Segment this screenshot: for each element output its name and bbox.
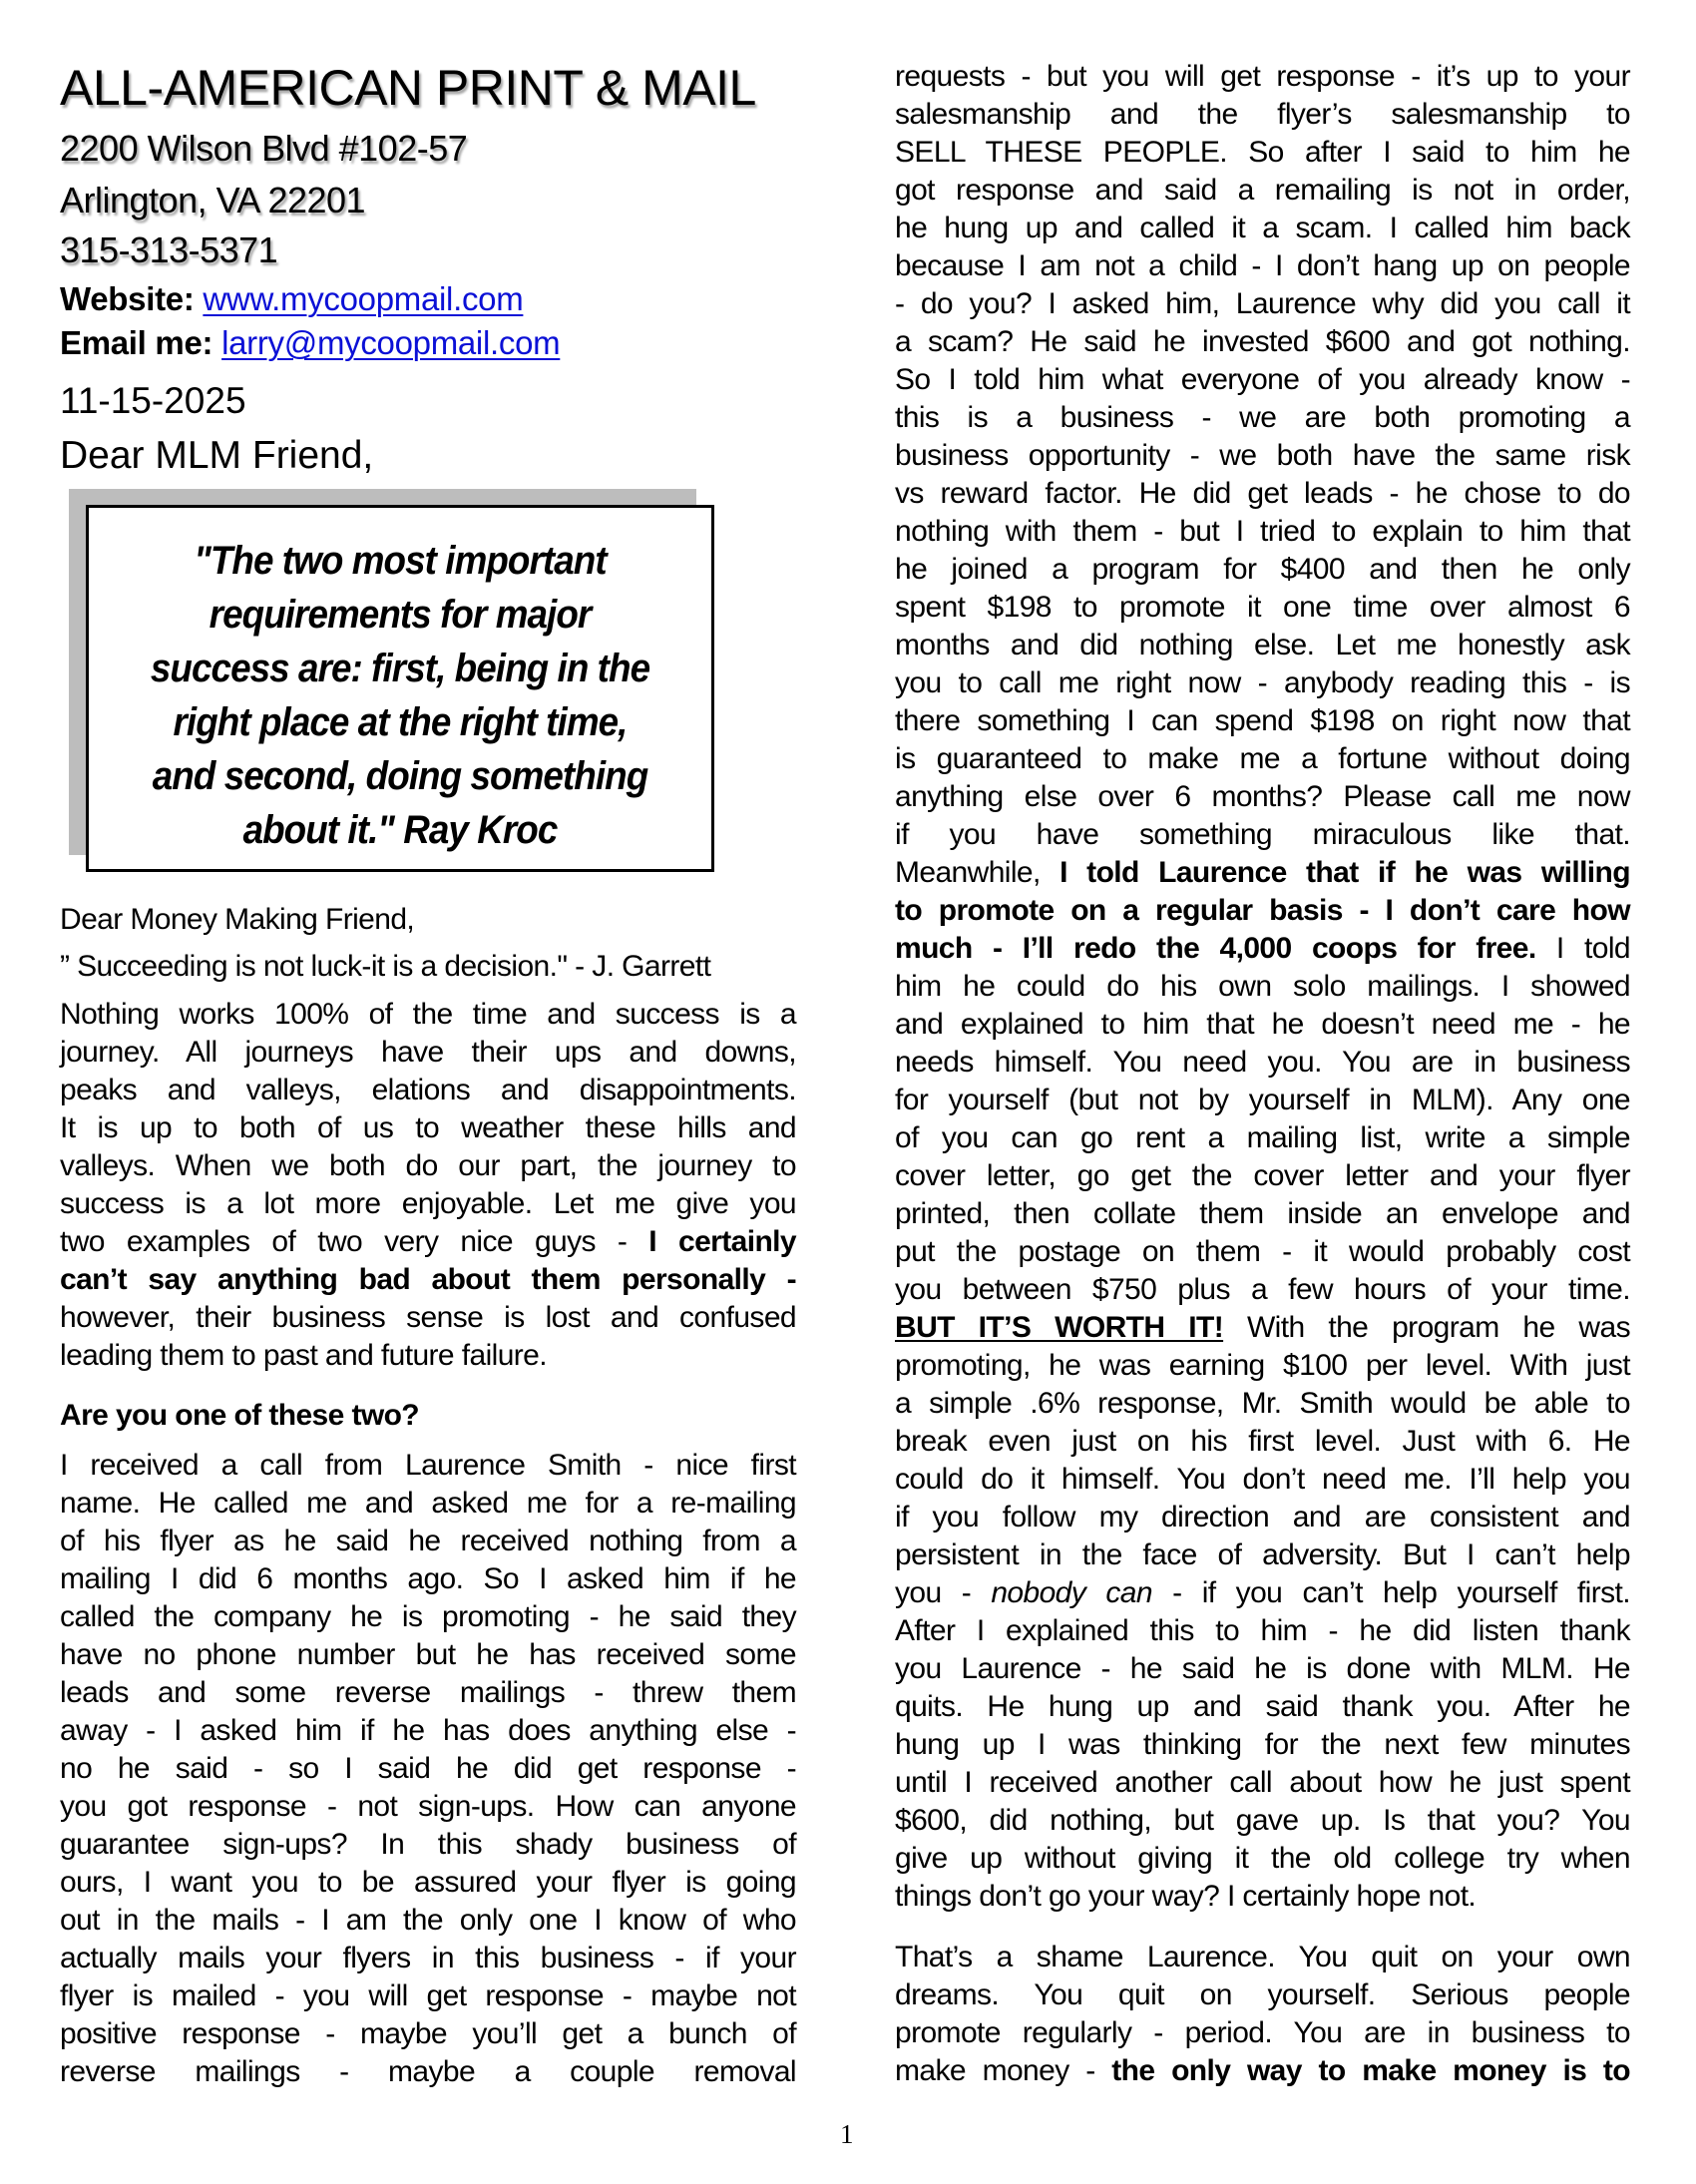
text-line: quits. He hung up and said thank you. Af… [895,1688,1630,1726]
worth-it-emphasis: BUT IT’S WORTH IT! [895,1311,1223,1344]
text-line: business opportunity - we both have the … [895,437,1630,475]
text-line: months and did nothing else. Let me hone… [895,627,1630,664]
epigraph: ” Succeeding is not luck-it is a decisio… [60,948,710,986]
text-line: cover letter, go get the cover letter an… [895,1157,1630,1195]
text-line: two examples of two very nice guys - I c… [60,1223,796,1261]
text-line: valleys. When we both do our part, the j… [60,1147,796,1185]
quote-line: about it." Ray Kroc [114,803,686,857]
text-line: vs reward factor. He did get leads - he … [895,475,1630,513]
text-line: guarantee sign-ups? In this shady busine… [60,1826,796,1864]
text-line: you Laurence - he said he is done with M… [895,1650,1630,1688]
text-line: called the company he is promoting - he … [60,1598,796,1636]
quote-box: "The two most important requirements for… [86,505,714,872]
text-line: name. He called me and asked me for a re… [60,1485,796,1523]
text-line: have no phone number but he has received… [60,1636,796,1674]
text-line: a scam? He said he invested $600 and got… [895,323,1630,361]
text-line: That’s a shame Laurence. You quit on you… [895,1939,1630,1976]
email-label: Email me: [60,324,212,361]
right-paragraph-1: requests - but you will get response - i… [895,58,1630,1916]
quote-line: "The two most important [114,534,686,588]
subheading: Are you one of these two? [60,1397,796,1435]
text-run: two examples of two very nice guys - [60,1225,648,1258]
text-line: After I explained this to him - he did l… [895,1612,1630,1650]
text-run: - if you can’t help yourself first. [1152,1576,1630,1609]
phone-number: 315-313-5371 [60,225,277,275]
text-line: make money - the only way to make money … [895,2052,1630,2090]
quote-line: success are: first, being in the [114,642,686,695]
text-line: give up without giving it the old colleg… [895,1840,1630,1878]
text-line: for yourself (but not by yourself in MLM… [895,1082,1630,1119]
italic-run: nobody can [991,1576,1152,1609]
quote-line: and second, doing something [114,749,686,803]
text-line: a simple .6% response, Mr. Smith would b… [895,1385,1630,1423]
text-line: if you have something miraculous like th… [895,816,1630,854]
text-line: much - I’ll redo the 4,000 coops for fre… [895,930,1630,968]
text-line: success is a lot more enjoyable. Let me … [60,1185,796,1223]
text-line: away - I asked him if he has does anythi… [60,1712,796,1750]
text-line: peaks and valleys, elations and disappoi… [60,1072,796,1109]
text-line: reverse mailings - maybe a couple remova… [60,2053,796,2091]
left-paragraph-1: Nothing works 100% of the time and succe… [60,996,796,1375]
website-row: Website: www.mycoopmail.com [60,277,523,321]
website-link[interactable]: www.mycoopmail.com [203,280,523,317]
text-run: you - [895,1576,991,1609]
text-line: ours, I want you to be assured your flye… [60,1864,796,1902]
text-line: promoting, he was earning $100 per level… [895,1347,1630,1385]
text-line: however, their business sense is lost an… [60,1299,796,1337]
text-line: mailing I did 6 months ago. So I asked h… [60,1560,796,1598]
text-line: So I told him what everyone of you alrea… [895,361,1630,399]
text-line: requests - but you will get response - i… [895,58,1630,96]
text-line: journey. All journeys have their ups and… [60,1034,796,1072]
text-line: SELL THESE PEOPLE. So after I said to hi… [895,134,1630,172]
address-line-2: Arlington, VA 22201 [60,176,365,225]
bold-run: I told Laurence that if he was willing [1060,856,1630,889]
text-line: out in the mails - I am the only one I k… [60,1902,796,1940]
salutation: Dear Money Making Friend, [60,901,414,939]
text-line: break even just on his first level. Just… [895,1423,1630,1461]
text-run: Meanwhile, [895,856,1060,889]
text-line: of you can go rent a mailing list, write… [895,1119,1630,1157]
letter-page: ALL-AMERICAN PRINT & MAIL 2200 Wilson Bl… [0,0,1696,2184]
bold-run: much - I’ll redo the 4,000 coops for fre… [895,932,1536,965]
text-line: hung up I was thinking for the next few … [895,1726,1630,1764]
text-line: promote regularly - period. You are in b… [895,2014,1630,2052]
text-line: can’t say anything bad about them person… [60,1261,796,1299]
text-line: no he said - so I said he did get respon… [60,1750,796,1788]
text-line: spent $198 to promote it one time over a… [895,589,1630,627]
bold-run: the only way to make money is to [1111,2054,1630,2087]
text-line: got response and said a remailing is not… [895,172,1630,210]
text-line: I received a call from Laurence Smith - … [60,1447,796,1485]
text-line: Nothing works 100% of the time and succe… [60,996,796,1034]
text-line: needs himself. You need you. You are in … [895,1044,1630,1082]
text-line: if you follow my direction and are consi… [895,1499,1630,1536]
text-line: actually mails your flyers in this busin… [60,1940,796,1977]
quote-line: right place at the right time, [114,695,686,749]
email-link[interactable]: larry@mycoopmail.com [221,324,560,361]
text-line: salesmanship and the flyer’s salesmanshi… [895,96,1630,134]
text-line: you - nobody can - if you can’t help you… [895,1574,1630,1612]
text-line: because I am not a child - I don’t hang … [895,247,1630,285]
text-line: until I received another call about how … [895,1764,1630,1802]
text-line: he hung up and called it a scam. I calle… [895,210,1630,247]
text-line: It is up to both of us to weather these … [60,1109,796,1147]
text-line: BUT IT’S WORTH IT! With the program he w… [895,1309,1630,1347]
text-run: I told [1536,932,1630,965]
text-line: you to call me right now - anybody readi… [895,664,1630,702]
quote-text: "The two most important requirements for… [114,534,686,857]
email-row: Email me: larry@mycoopmail.com [60,321,560,365]
address-line-1: 2200 Wilson Blvd #102-57 [60,124,467,174]
text-line: - do you? I asked him, Laurence why did … [895,285,1630,323]
text-line: and explained to him that he doesn’t nee… [895,1006,1630,1044]
text-line: things don’t go your way? I certainly ho… [895,1878,1630,1916]
text-line: you got response - not sign-ups. How can… [60,1788,796,1826]
text-line: could do it himself. You don’t need me. … [895,1461,1630,1499]
quote-line: requirements for major [114,588,686,642]
text-line: anything else over 6 months? Please call… [895,778,1630,816]
text-line: Meanwhile, I told Laurence that if he wa… [895,854,1630,892]
text-run: make money - [895,2054,1111,2087]
text-line: nothing with them - but I tried to expla… [895,513,1630,551]
text-line: this is a business - we are both promoti… [895,399,1630,437]
text-line: positive response - maybe you’ll get a b… [60,2015,796,2053]
text-line: leading them to past and future failure. [60,1337,796,1375]
website-label: Website: [60,280,195,317]
right-paragraph-2: That’s a shame Laurence. You quit on you… [895,1939,1630,2090]
text-line: put the postage on them - it would proba… [895,1233,1630,1271]
text-line: flyer is mailed - you will get response … [60,1977,796,2015]
text-line: he joined a program for $400 and then he… [895,551,1630,589]
page-number: 1 [840,2119,854,2149]
text-line: of his flyer as he said he received noth… [60,1523,796,1560]
text-line: there something I can spend $198 on righ… [895,702,1630,740]
letter-date: 11-15-2025 [60,377,246,425]
text-line: you between $750 plus a few hours of you… [895,1271,1630,1309]
text-line: is guaranteed to make me a fortune witho… [895,740,1630,778]
greeting: Dear MLM Friend, [60,431,373,481]
company-name: ALL-AMERICAN PRINT & MAIL [60,58,756,118]
text-line: him he could do his own solo mailings. I… [895,968,1630,1006]
text-line: leads and some reverse mailings - threw … [60,1674,796,1712]
text-run: With the program he was [1223,1311,1630,1344]
text-line: dreams. You quit on yourself. Serious pe… [895,1976,1630,2014]
text-line: persistent in the face of adversity. But… [895,1536,1630,1574]
bold-run: I certainly [648,1225,796,1258]
text-line: printed, then collate them inside an env… [895,1195,1630,1233]
text-line: to promote on a regular basis - I don’t … [895,892,1630,930]
text-line: $600, did nothing, but gave up. Is that … [895,1802,1630,1840]
left-paragraph-2: I received a call from Laurence Smith - … [60,1447,796,2091]
